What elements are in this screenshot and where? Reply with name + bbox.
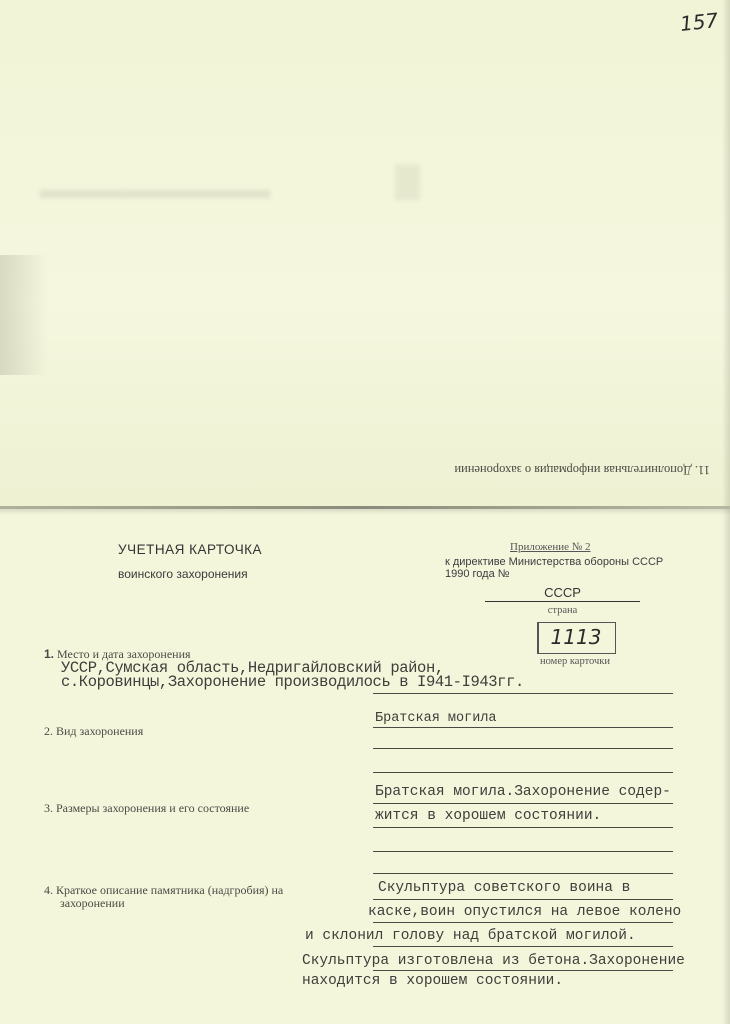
directive-reference: к директиве Министерства обороны СССР 19… xyxy=(445,556,663,580)
field-3-label-text: Размеры захоронения и его состояние xyxy=(56,801,249,815)
paper-stain xyxy=(40,190,270,198)
field-3-rule-3 xyxy=(373,851,673,852)
field-3-rule-4 xyxy=(373,873,673,874)
country-label: страна xyxy=(485,605,640,616)
field-4-rule-4 xyxy=(373,970,673,971)
field-3-label: 3. Размеры захоронения и его состояние xyxy=(44,802,249,815)
appendix-label: Приложение № 2 xyxy=(510,541,591,553)
field-2-label-text: Вид захоронения xyxy=(56,724,143,738)
paper-stain xyxy=(395,165,420,200)
field-3-value-line-2: жится в хорошем состоянии. xyxy=(375,808,601,824)
directive-line-2: 1990 года № xyxy=(445,568,663,580)
field-2-value: Братская могила xyxy=(375,711,497,726)
field-3-value-line-1: Братская могила.Захоронение содер- xyxy=(375,784,671,800)
field-3-rule-1 xyxy=(373,803,673,804)
field-4-value-line-3: и склонил голову над братской могилой. xyxy=(305,928,636,944)
field-4-number: 4. xyxy=(44,883,53,897)
handwritten-page-number: 157 xyxy=(679,8,719,36)
field-4-value-line-4: Скульптура изготовлена из бетона.Захорон… xyxy=(302,953,685,969)
field-2-number: 2. xyxy=(44,724,53,738)
fold-shadow xyxy=(0,509,730,515)
field-4-label-text: Краткое описание памятника (надгробия) н… xyxy=(56,883,283,897)
field-1-value-line-2: с.Коровинцы,Захоронение производилось в … xyxy=(61,673,524,691)
field-4-value-line-1: Скульптура советского воина в xyxy=(378,880,630,896)
field-4-label-line-2: захоронении xyxy=(60,897,125,910)
field-4-value-line-2: каске,воин опустился на левое колено xyxy=(368,904,681,920)
card-number-label: номер карточки xyxy=(525,656,625,667)
country-value: СССР xyxy=(485,585,640,602)
card-title: УЧЕТНАЯ КАРТОЧКА xyxy=(118,542,262,557)
field-4-rule-1 xyxy=(373,899,673,900)
field-4-rule-2 xyxy=(373,922,673,923)
card-number-value: 1113 xyxy=(537,625,615,649)
field-1-number: 1. xyxy=(44,647,54,661)
field-1-rule xyxy=(373,693,673,694)
field-3-number: 3. xyxy=(44,801,53,815)
field-4-value-line-5: находится в хорошем состоянии. xyxy=(302,973,563,989)
field-2-rule-2 xyxy=(373,748,673,749)
field-2-rule-3 xyxy=(373,772,673,773)
field-2-label: 2. Вид захоронения xyxy=(44,725,143,738)
paper-stain xyxy=(0,255,48,375)
directive-line-1: к директиве Министерства обороны СССР xyxy=(445,556,663,568)
field-3-rule-2 xyxy=(373,827,673,828)
card-subtitle: воинского захоронения xyxy=(118,567,248,581)
field-4-rule-3 xyxy=(373,946,673,947)
flipped-section-caption: 11. Дополнительная информация о захороне… xyxy=(380,462,710,477)
field-2-rule-1 xyxy=(373,727,673,728)
folded-back-page xyxy=(0,0,730,506)
